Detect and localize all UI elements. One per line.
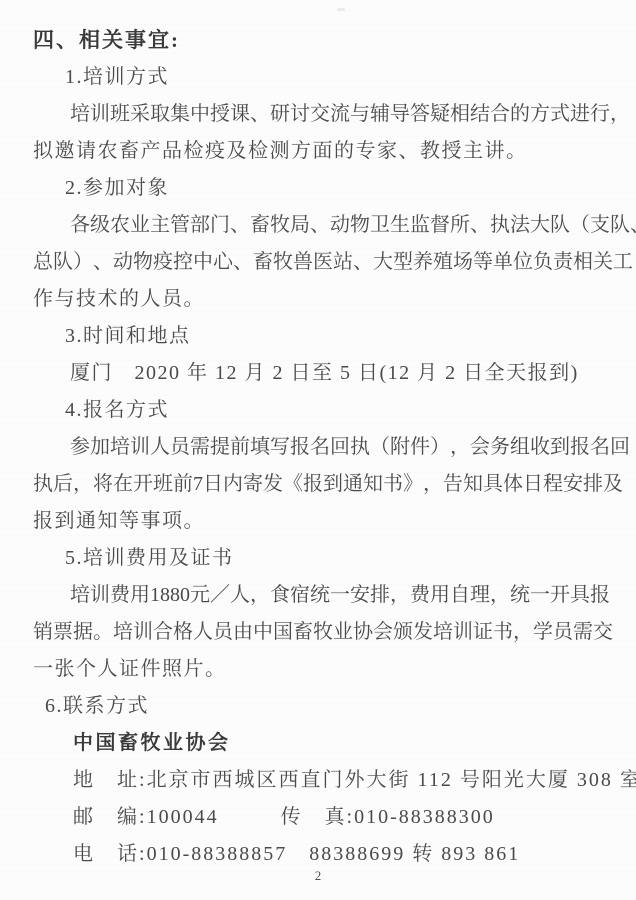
contact-postcode-fax-row: 邮 编:100044传 真:010-88388300 bbox=[73, 799, 603, 836]
paragraph-line: 报到通知等事项。 bbox=[33, 503, 603, 540]
scan-speck-artifact bbox=[337, 8, 345, 11]
document-body: 四、相关事宜: 1.培训方式 培训班采取集中授课、研讨交流与辅导答疑相结合的方式… bbox=[33, 22, 603, 873]
item-5-label: 5.培训费用及证书 bbox=[65, 540, 603, 577]
item-3-label: 3.时间和地点 bbox=[65, 318, 603, 355]
contact-address-value: 北京市西城区西直门外大街 112 号阳光大厦 308 室 bbox=[147, 769, 636, 791]
contact-postcode-label: 邮 编: bbox=[73, 806, 147, 828]
paragraph-line: 销票据。培训合格人员由中国畜牧业协会颁发培训证书，学员需交 bbox=[33, 614, 603, 651]
schedule-line: 厦门 2020 年 12 月 2 日至 5 日(12 月 2 日全天报到) bbox=[70, 355, 603, 392]
contact-phone-value: 010-88388857 88388699 转 893 861 bbox=[147, 843, 521, 865]
item-1-label: 1.培训方式 bbox=[65, 59, 603, 96]
paragraph-line: 作与技术的人员。 bbox=[33, 281, 603, 318]
contact-phone-label: 电 话: bbox=[73, 843, 147, 865]
paragraph-line: 参加培训人员需提前填写报名回执（附件），会务组收到报名回 bbox=[70, 429, 603, 466]
paragraph-line: 一张个人证件照片。 bbox=[33, 651, 603, 688]
paragraph-line: 培训班采取集中授课、研讨交流与辅导答疑相结合的方式进行， bbox=[70, 96, 603, 133]
contact-fax-label: 传 真: bbox=[281, 806, 355, 828]
item-4-label: 4.报名方式 bbox=[65, 392, 603, 429]
item-6-label: 6.联系方式 bbox=[45, 688, 603, 725]
contact-postcode-value: 100044 bbox=[147, 806, 219, 828]
section-heading: 四、相关事宜: bbox=[33, 22, 603, 59]
paragraph-line: 培训费用 1880 元／人，食宿统一安排，费用自理，统一开具报 bbox=[70, 577, 603, 614]
paragraph-line: 总队）、动物疫控中心、畜牧兽医站、大型养殖场等单位负责相关工 bbox=[33, 244, 603, 281]
scanned-document-page: 四、相关事宜: 1.培训方式 培训班采取集中授课、研讨交流与辅导答疑相结合的方式… bbox=[0, 0, 636, 900]
organization-name: 中国畜牧业协会 bbox=[73, 725, 603, 762]
contact-address-row: 地 址:北京市西城区西直门外大街 112 号阳光大厦 308 室 bbox=[73, 762, 603, 799]
contact-fax-value: 010-88388300 bbox=[354, 806, 495, 828]
page-number: 2 bbox=[0, 866, 636, 886]
contact-address-label: 地 址: bbox=[73, 769, 147, 791]
item-2-label: 2.参加对象 bbox=[65, 170, 603, 207]
paragraph-line: 各级农业主管部门、畜牧局、动物卫生监督所、执法大队（支队、 bbox=[70, 207, 603, 244]
paragraph-line: 拟邀请农畜产品检疫及检测方面的专家、教授主讲。 bbox=[33, 133, 603, 170]
paragraph-line: 执后，将在开班前 7 日内寄发《报到通知书》，告知具体日程安排及 bbox=[33, 466, 603, 503]
